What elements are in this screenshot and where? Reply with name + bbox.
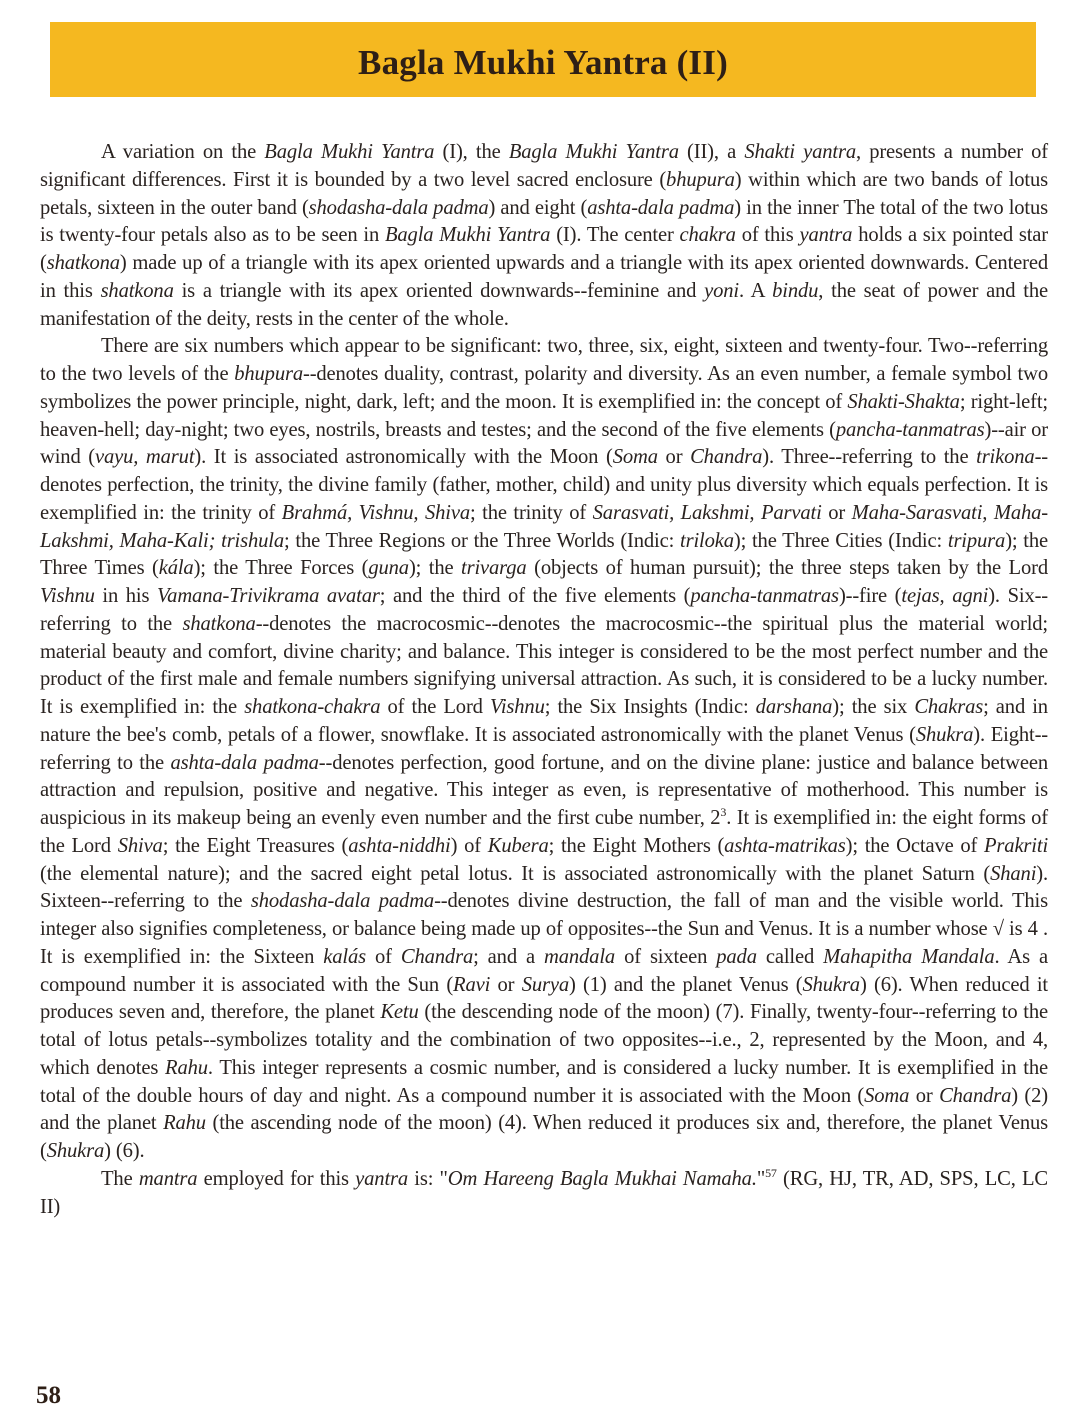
- italic-term: Mahapitha Mandala: [823, 946, 994, 968]
- italic-term: ashta-niddhi: [348, 835, 450, 857]
- italic-term: ashta-dala padma: [587, 197, 734, 219]
- italic-term: yantra: [799, 224, 852, 246]
- paragraph-intro: A variation on the Bagla Mukhi Yantra (I…: [40, 139, 1048, 333]
- italic-term: bhupura: [234, 363, 303, 385]
- italic-term: Surya: [522, 974, 569, 996]
- italic-term: Shukra: [803, 974, 860, 996]
- page-number: 58: [36, 1382, 61, 1410]
- italic-term: bhupura: [666, 169, 735, 191]
- italic-term: yoni: [704, 280, 739, 302]
- italic-term: Soma: [864, 1085, 909, 1107]
- italic-term: Kubera: [488, 835, 549, 857]
- italic-term: Chakras: [914, 696, 983, 718]
- italic-term: vayu, marut: [95, 446, 194, 468]
- title-banner: Bagla Mukhi Yantra (II): [50, 22, 1036, 97]
- italic-term: Vishnu: [40, 585, 95, 607]
- italic-term: Shakti-Shakta: [847, 391, 959, 413]
- italic-term: Sarasvati, Lakshmi, Parvati: [593, 502, 822, 524]
- italic-term: Shukra: [916, 724, 973, 746]
- italic-term: mantra: [139, 1168, 198, 1190]
- italic-term: Ravi: [453, 974, 490, 996]
- italic-term: pada: [716, 946, 757, 968]
- italic-term: Brahmá, Vishnu, Shiva: [282, 502, 470, 524]
- italic-term: guna: [368, 557, 409, 579]
- italic-term: Rahu: [165, 1057, 208, 1079]
- italic-term: mandala: [544, 946, 615, 968]
- italic-term: chakra: [680, 224, 736, 246]
- article-body: A variation on the Bagla Mukhi Yantra (I…: [40, 139, 1048, 1221]
- italic-term: ashta-dala padma: [170, 752, 318, 774]
- italic-term: Ketu: [380, 1001, 418, 1023]
- italic-term: Rahu: [163, 1112, 206, 1134]
- italic-term: Om Hareeng Bagla Mukhai Namaha.: [448, 1168, 757, 1190]
- italic-term: triloka: [680, 530, 734, 552]
- italic-term: Maha-Sarasvati, Maha-Lakshmi, Maha-Kali;…: [40, 502, 1048, 552]
- footnote-superscript: 3: [720, 805, 726, 819]
- footnote-superscript: 57: [765, 1166, 777, 1180]
- italic-term: yantra: [355, 1168, 408, 1190]
- italic-term: Chandra: [939, 1085, 1011, 1107]
- italic-term: shatkona: [101, 280, 174, 302]
- italic-term: pancha-tanmatras: [836, 419, 985, 441]
- italic-term: Bagla Mukhi Yantra: [264, 141, 434, 163]
- italic-term: Shukra: [47, 1140, 104, 1162]
- italic-term: tripura: [948, 530, 1005, 552]
- italic-term: trivarga: [461, 557, 527, 579]
- italic-term: shatkona: [183, 613, 256, 635]
- italic-term: Chandra: [401, 946, 473, 968]
- italic-term: ashta-matrikas: [724, 835, 845, 857]
- italic-term: shodasha-dala padma: [251, 890, 434, 912]
- italic-term: Bagla Mukhi Yantra: [509, 141, 679, 163]
- italic-term: Bagla Mukhi Yantra: [385, 224, 550, 246]
- italic-term: Vamana-Trivikrama avatar: [157, 585, 380, 607]
- italic-term: Chandra: [690, 446, 762, 468]
- italic-term: kála: [159, 557, 194, 579]
- italic-term: bindu: [772, 280, 818, 302]
- italic-term: shatkona: [47, 252, 120, 274]
- italic-term: Soma: [613, 446, 658, 468]
- italic-term: darshana: [756, 696, 833, 718]
- italic-term: kalás: [323, 946, 366, 968]
- page-title: Bagla Mukhi Yantra (II): [358, 37, 728, 83]
- italic-term: Shiva: [118, 835, 163, 857]
- italic-term: trikona: [976, 446, 1034, 468]
- italic-term: pancha-tanmatras: [690, 585, 839, 607]
- italic-term: shatkona-chakra: [244, 696, 380, 718]
- italic-term: shodasha-dala padma: [309, 197, 489, 219]
- italic-term: tejas, agni: [901, 585, 988, 607]
- italic-term: Prakriti: [984, 835, 1048, 857]
- italic-term: Shani: [990, 863, 1036, 885]
- italic-term: Shakti yantra: [744, 141, 856, 163]
- italic-term: Vishnu: [490, 696, 545, 718]
- paragraph-numbers: There are six numbers which appear to be…: [40, 333, 1048, 1166]
- paragraph-mantra: The mantra employed for this yantra is: …: [40, 1166, 1048, 1222]
